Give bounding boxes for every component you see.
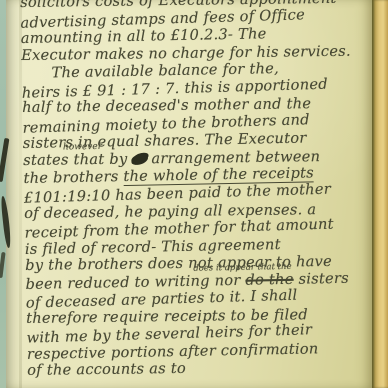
struck-text: do the bbox=[245, 271, 293, 289]
handwritten-text-block: solicitors costs of Executors appointmen… bbox=[20, 0, 357, 381]
binding-mark bbox=[0, 252, 6, 278]
line-text: states that by bbox=[23, 151, 127, 169]
page-edge bbox=[372, 0, 388, 388]
manuscript-page: solicitors costs of Executors appointmen… bbox=[6, 0, 372, 388]
inserted-correction: does it appear that the bbox=[193, 263, 291, 274]
photographed-manuscript: solicitors costs of Executors appointmen… bbox=[0, 0, 388, 388]
manuscript-line: of the accounts as to bbox=[27, 358, 357, 380]
line-text: the brothers bbox=[23, 169, 123, 188]
ink-blot bbox=[131, 153, 150, 166]
inserted-word: however bbox=[63, 143, 102, 153]
